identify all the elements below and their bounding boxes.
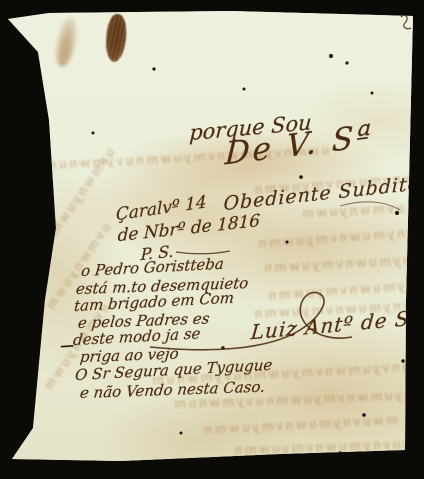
show-through-text: mwuvnymuwnvmyuwmn: [202, 413, 399, 438]
paper: uwmnvyumwnvmyuwmnuvymwnum mwuvnymuwnvmyu…: [0, 0, 424, 479]
smudge-stain: [53, 16, 80, 69]
dust-specks: [0, 0, 2, 2]
show-through-text: mwuvnymuwnvmyuwmn: [262, 251, 424, 276]
show-through-text: mwuvnymuwnvmyuwmn: [256, 223, 424, 252]
show-through-text: mwuvnymuwnvmyuwmn: [266, 275, 424, 304]
signature-flourish: [0, 0, 424, 479]
show-through-text: mwuvnymuwnvmyuwmn: [232, 437, 424, 459]
show-through-text: uvmwnyuwm: [46, 145, 118, 239]
closing-line-3: Obediente Subdito: [223, 172, 420, 215]
ink-blot-stain: [103, 13, 129, 63]
document-scan: uwmnvyumwnvmyuwmnuvymwnum mwuvnymuwnvmyu…: [0, 0, 424, 479]
margin-dash: —: [60, 345, 74, 349]
signature: Luiz Antº de Sousa: [250, 302, 424, 345]
corner-ink-mark: [401, 15, 411, 29]
